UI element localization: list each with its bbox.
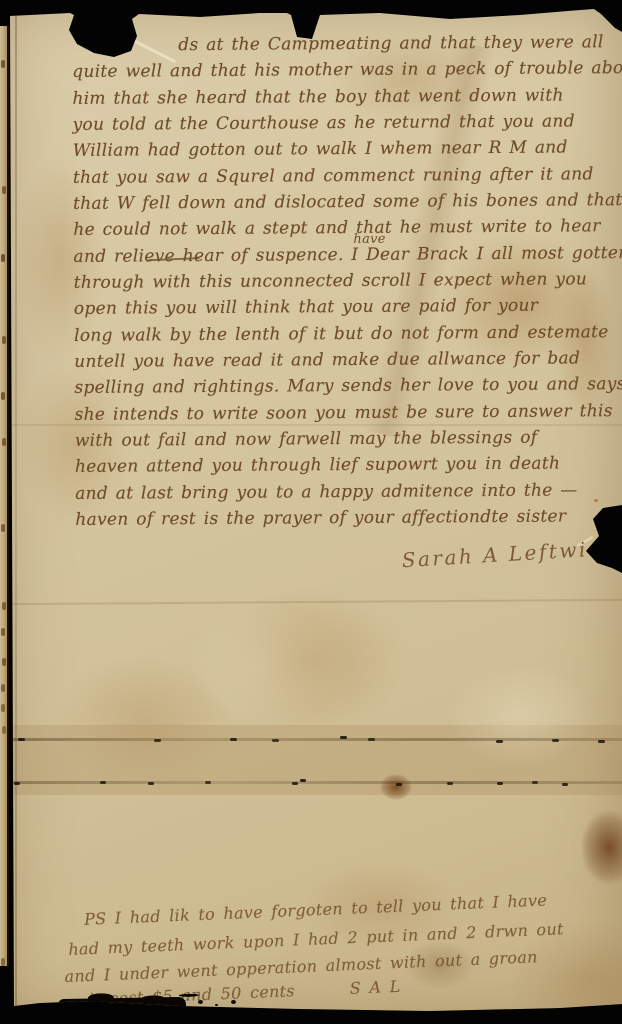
adjacent-page-ink-fragments (1, 26, 5, 34)
handwriting-line: you told at the Courthouse as he returnd… (73, 113, 575, 134)
postscript-initials: S A L (349, 977, 401, 998)
handwriting-line: spelling and rightings. Mary sends her l… (74, 376, 622, 397)
handwriting-line: she intends to write soon you must be su… (75, 403, 613, 424)
handwriting-line: quite well and that his mother was in a … (72, 60, 622, 81)
handwriting-line: open this you will think that you are pa… (74, 298, 538, 318)
handwriting-line: with out fail and now farwell may the bl… (75, 430, 538, 450)
signature: Sarah A Leftwich (401, 536, 617, 573)
handwriting-line: William had gotton out to walk I whem ne… (73, 139, 568, 159)
handwriting-line: heaven attend you through lief supowrt y… (75, 456, 560, 476)
handwriting-line: through with this unconnected scroll I e… (74, 271, 588, 292)
ink-spatter-dots (198, 1000, 203, 1004)
red-mark (601, 547, 605, 550)
letter-paper: saw ds at the Campmeating and that they … (0, 0, 622, 1024)
handwriting-line: long walk by the lenth of it but do not … (74, 324, 609, 345)
handwriting-line: him that she heard that the boy that wen… (72, 87, 563, 107)
postscript-cost-text: it cost $5 and 50 cents (88, 981, 295, 1009)
handwriting-line: and relieve hear of suspence. I Dear Bra… (73, 245, 622, 266)
adjacent-page-edge (0, 26, 9, 966)
handwritten-text-block: saw ds at the Campmeating and that they … (0, 0, 622, 1024)
inserted-word-above-line: have (353, 232, 385, 247)
scanned-letter-page: saw ds at the Campmeating and that they … (0, 0, 622, 1024)
handwriting-line: haven of rest is the prayer of your affe… (75, 508, 566, 528)
handwriting-line: that W fell down and dislocated some of … (73, 192, 622, 213)
handwriting-line: he could not walk a stept and that he mu… (73, 218, 600, 239)
handwriting-line: that you saw a Squrel and commenct runin… (73, 166, 594, 187)
ink-blot (58, 997, 186, 1014)
handwriting-line: saw ds at the Campmeating and that they … (90, 34, 604, 55)
handwriting-line: and at last bring you to a happy admiten… (75, 482, 578, 503)
handwriting-line: untell you have read it and make due all… (74, 350, 580, 371)
